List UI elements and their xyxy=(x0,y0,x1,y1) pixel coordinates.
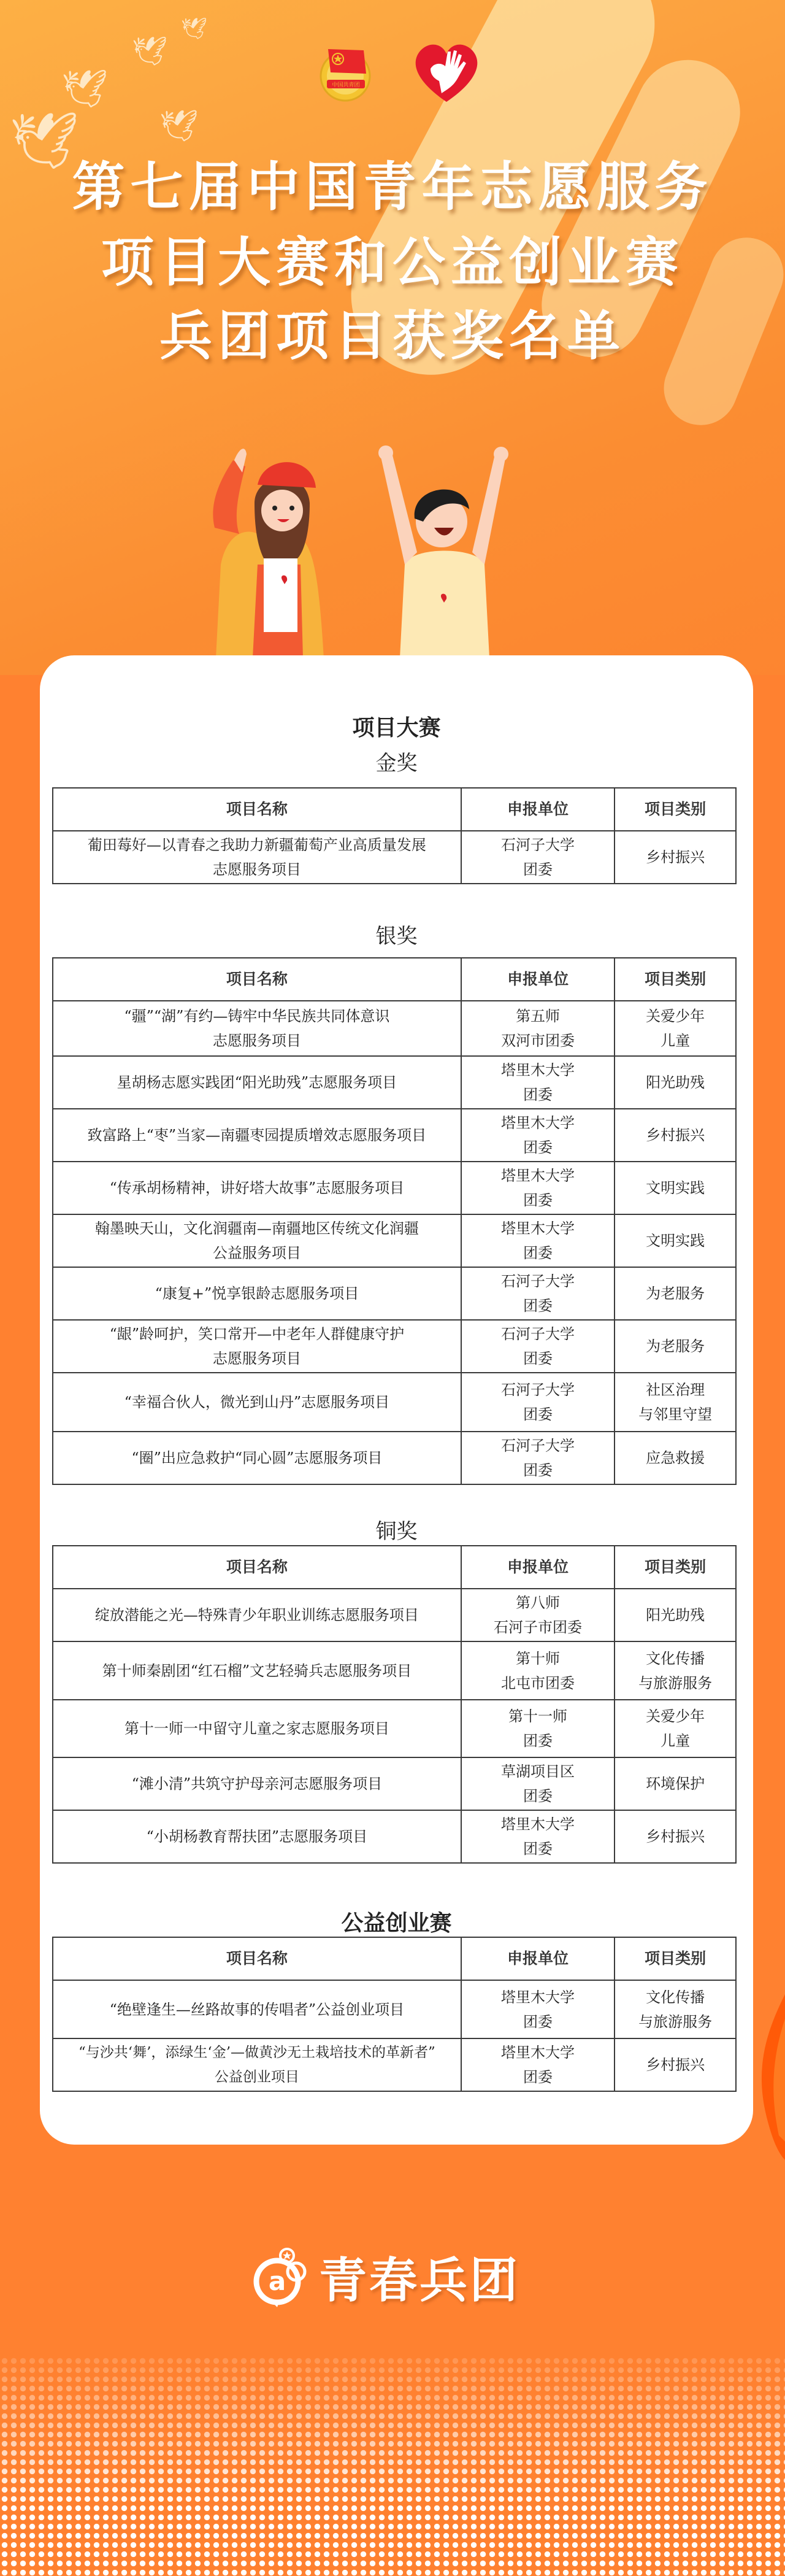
page-title-line-1: 第七届中国青年志愿服务 xyxy=(0,161,785,214)
category-cell: 关爱少年 儿童 xyxy=(615,1700,736,1757)
venture-award-table: 项目名称 申报单位 项目类别 “绝壁逢生—丝路故事的传唱者”公益创业项目 塔里木… xyxy=(52,1937,737,2092)
project-name-cell: “圈”出应急救护“同心圆”志愿服务项目 xyxy=(53,1432,461,1484)
category-cell: 阳光助残 xyxy=(615,1589,736,1641)
category-cell: 阳光助残 xyxy=(615,1056,736,1109)
category-cell: 文明实践 xyxy=(615,1162,736,1214)
project-name-cell: 致富路上“枣”当家—南疆枣园提质增效志愿服务项目 xyxy=(53,1109,461,1162)
bronze-award-table: 项目名称 申报单位 项目类别 绽放潜能之光—特殊青少年职业训练志愿服务项目 第八… xyxy=(52,1545,737,1864)
project-name-cell: 星胡杨志愿实践团“阳光助残”志愿服务项目 xyxy=(53,1056,461,1109)
table-header-row: 项目名称 申报单位 项目类别 xyxy=(53,1937,736,1980)
table-row: 葡田莓好—以青春之我助力新疆葡萄产业高质量发展 志愿服务项目 石河子大学 团委 … xyxy=(53,831,736,884)
table-header-row: 项目名称 申报单位 项目类别 xyxy=(53,788,736,831)
column-header-unit: 申报单位 xyxy=(461,788,615,831)
unit-cell: 草湖项目区 团委 xyxy=(461,1757,615,1810)
column-header-unit: 申报单位 xyxy=(461,1937,615,1980)
svg-text:a: a xyxy=(269,2266,286,2296)
category-cell: 文明实践 xyxy=(615,1214,736,1267)
dove-icon: 🕊 xyxy=(159,110,198,141)
column-header-unit: 申报单位 xyxy=(461,958,615,1001)
category-cell: 应急救援 xyxy=(615,1432,736,1484)
section-title-contest: 项目大赛 xyxy=(40,711,753,742)
project-name-cell: 第十师秦剧团“红石榴”文艺轻骑兵志愿服务项目 xyxy=(53,1641,461,1700)
column-header-category: 项目类别 xyxy=(615,788,736,831)
project-name-cell: “与沙共‘舞’，添绿生‘金’—做黄沙无土栽培技术的革新者” 公益创业项目 xyxy=(53,2038,461,2091)
decorative-brush-shape xyxy=(724,1994,785,2160)
unit-cell: 塔里木大学 团委 xyxy=(461,1980,615,2038)
category-cell: 乡村振兴 xyxy=(615,1109,736,1162)
project-name-cell: “幸福合伙人，微光到山丹”志愿服务项目 xyxy=(53,1373,461,1432)
silver-award-table: 项目名称 申报单位 项目类别 “疆”“湖”有约—铸牢中华民族共同体意识 志愿服务… xyxy=(52,957,737,1485)
subsection-title-bronze: 铜奖 xyxy=(40,1514,753,1544)
column-header-category: 项目类别 xyxy=(615,958,736,1001)
project-name-cell: 第十一师一中留守儿童之家志愿服务项目 xyxy=(53,1700,461,1757)
category-cell: 关爱少年 儿童 xyxy=(615,1001,736,1056)
subsection-title-gold: 金奖 xyxy=(40,746,753,776)
brand-name: 青春兵团 xyxy=(319,2242,520,2311)
column-header-project-name: 项目名称 xyxy=(53,788,461,831)
table-row: “幸福合伙人，微光到山丹”志愿服务项目 石河子大学 团委 社区治理 与邻里守望 xyxy=(53,1373,736,1432)
category-cell: 文化传播 与旅游服务 xyxy=(615,1980,736,2038)
brand-logo: a 青春兵团 xyxy=(251,2246,520,2307)
column-header-category: 项目类别 xyxy=(615,1546,736,1589)
table-row: “龈”龄呵护，笑口常开—中老年人群健康守护 志愿服务项目 石河子大学 团委 为老… xyxy=(53,1320,736,1373)
dove-icon: 🕊 xyxy=(181,18,207,39)
awards-card: 项目大赛 金奖 项目名称 申报单位 项目类别 葡田莓好—以青春之我助力新疆葡萄产… xyxy=(40,655,753,2145)
volunteer-heart-hand-logo xyxy=(410,38,483,106)
project-name-cell: “康复+”悦享银龄志愿服务项目 xyxy=(53,1267,461,1320)
project-name-cell: 翰墨映天山，文化润疆南—南疆地区传统文化润疆 公益服务项目 xyxy=(53,1214,461,1267)
dove-icon: 🕊 xyxy=(61,71,108,107)
unit-cell: 第十一师 团委 xyxy=(461,1700,615,1757)
project-name-cell: “疆”“湖”有约—铸牢中华民族共同体意识 志愿服务项目 xyxy=(53,1001,461,1056)
category-cell: 社区治理 与邻里守望 xyxy=(615,1373,736,1432)
column-header-category: 项目类别 xyxy=(615,1937,736,1980)
volunteers-illustration xyxy=(196,442,589,681)
table-row: 星胡杨志愿实践团“阳光助残”志愿服务项目 塔里木大学 团委 阳光助残 xyxy=(53,1056,736,1109)
category-cell: 乡村振兴 xyxy=(615,1810,736,1863)
table-row: “康复+”悦享银龄志愿服务项目 石河子大学 团委 为老服务 xyxy=(53,1267,736,1320)
dove-icon: 🕊 xyxy=(132,37,167,65)
unit-cell: 塔里木大学 团委 xyxy=(461,1162,615,1214)
project-name-cell: “传承胡杨精神，讲好塔大故事”志愿服务项目 xyxy=(53,1162,461,1214)
category-cell: 环境保护 xyxy=(615,1757,736,1810)
unit-cell: 塔里木大学 团委 xyxy=(461,1214,615,1267)
communist-youth-league-emblem: 中国共青团 xyxy=(316,42,375,103)
project-name-cell: “滩小清”共筑守护母亲河志愿服务项目 xyxy=(53,1757,461,1810)
unit-cell: 塔里木大学 团委 xyxy=(461,2038,615,2091)
halftone-dot-pattern xyxy=(0,2356,785,2576)
unit-cell: 塔里木大学 团委 xyxy=(461,1056,615,1109)
category-cell: 为老服务 xyxy=(615,1267,736,1320)
section-title-venture: 公益创业赛 xyxy=(40,1906,753,1937)
category-cell: 乡村振兴 xyxy=(615,831,736,884)
table-row: 第十一师一中留守儿童之家志愿服务项目 第十一师 团委 关爱少年 儿童 xyxy=(53,1700,736,1757)
column-header-project-name: 项目名称 xyxy=(53,958,461,1001)
table-row: “与沙共‘舞’，添绿生‘金’—做黄沙无土栽培技术的革新者” 公益创业项目 塔里木… xyxy=(53,2038,736,2091)
table-row: 翰墨映天山，文化润疆南—南疆地区传统文化润疆 公益服务项目 塔里木大学 团委 文… xyxy=(53,1214,736,1267)
table-row: “圈”出应急救护“同心圆”志愿服务项目 石河子大学 团委 应急救援 xyxy=(53,1432,736,1484)
table-row: “传承胡杨精神，讲好塔大故事”志愿服务项目 塔里木大学 团委 文明实践 xyxy=(53,1162,736,1214)
project-name-cell: “小胡杨教育帮扶团”志愿服务项目 xyxy=(53,1810,461,1863)
svg-text:中国共青团: 中国共青团 xyxy=(332,81,359,88)
unit-cell: 石河子大学 团委 xyxy=(461,1373,615,1432)
page-title-line-3: 兵团项目获奖名单 xyxy=(0,310,785,363)
project-name-cell: 葡田莓好—以青春之我助力新疆葡萄产业高质量发展 志愿服务项目 xyxy=(53,831,461,884)
table-row: 致富路上“枣”当家—南疆枣园提质增效志愿服务项目 塔里木大学 团委 乡村振兴 xyxy=(53,1109,736,1162)
unit-cell: 石河子大学 团委 xyxy=(461,1267,615,1320)
project-name-cell: “绝壁逢生—丝路故事的传唱者”公益创业项目 xyxy=(53,1980,461,2038)
unit-cell: 塔里木大学 团委 xyxy=(461,1109,615,1162)
table-header-row: 项目名称 申报单位 项目类别 xyxy=(53,958,736,1001)
unit-cell: 塔里木大学 团委 xyxy=(461,1810,615,1863)
subsection-title-silver: 银奖 xyxy=(40,919,753,949)
table-row: 绽放潜能之光—特殊青少年职业训练志愿服务项目 第八师 石河子市团委 阳光助残 xyxy=(53,1589,736,1641)
category-cell: 乡村振兴 xyxy=(615,2038,736,2091)
unit-cell: 第八师 石河子市团委 xyxy=(461,1589,615,1641)
project-name-cell: “龈”龄呵护，笑口常开—中老年人群健康守护 志愿服务项目 xyxy=(53,1320,461,1373)
table-row: “绝壁逢生—丝路故事的传唱者”公益创业项目 塔里木大学 团委 文化传播 与旅游服… xyxy=(53,1980,736,2038)
column-header-project-name: 项目名称 xyxy=(53,1937,461,1980)
table-row: 第十师秦剧团“红石榴”文艺轻骑兵志愿服务项目 第十师 北屯市团委 文化传播 与旅… xyxy=(53,1641,736,1700)
gold-award-table: 项目名称 申报单位 项目类别 葡田莓好—以青春之我助力新疆葡萄产业高质量发展 志… xyxy=(52,787,737,884)
table-row: “滩小清”共筑守护母亲河志愿服务项目 草湖项目区 团委 环境保护 xyxy=(53,1757,736,1810)
project-name-cell: 绽放潜能之光—特殊青少年职业训练志愿服务项目 xyxy=(53,1589,461,1641)
column-header-project-name: 项目名称 xyxy=(53,1546,461,1589)
unit-cell: 石河子大学 团委 xyxy=(461,1320,615,1373)
unit-cell: 第十师 北屯市团委 xyxy=(461,1641,615,1700)
column-header-unit: 申报单位 xyxy=(461,1546,615,1589)
category-cell: 为老服务 xyxy=(615,1320,736,1373)
page-title-line-2: 项目大赛和公益创业赛 xyxy=(0,236,785,289)
unit-cell: 第五师 双河市团委 xyxy=(461,1001,615,1056)
category-cell: 文化传播 与旅游服务 xyxy=(615,1641,736,1700)
unit-cell: 石河子大学 团委 xyxy=(461,1432,615,1484)
at-speech-bubble-star-icon: a xyxy=(251,2246,319,2307)
table-row: “疆”“湖”有约—铸牢中华民族共同体意识 志愿服务项目 第五师 双河市团委 关爱… xyxy=(53,1001,736,1056)
table-header-row: 项目名称 申报单位 项目类别 xyxy=(53,1546,736,1589)
table-row: “小胡杨教育帮扶团”志愿服务项目 塔里木大学 团委 乡村振兴 xyxy=(53,1810,736,1863)
unit-cell: 石河子大学 团委 xyxy=(461,831,615,884)
